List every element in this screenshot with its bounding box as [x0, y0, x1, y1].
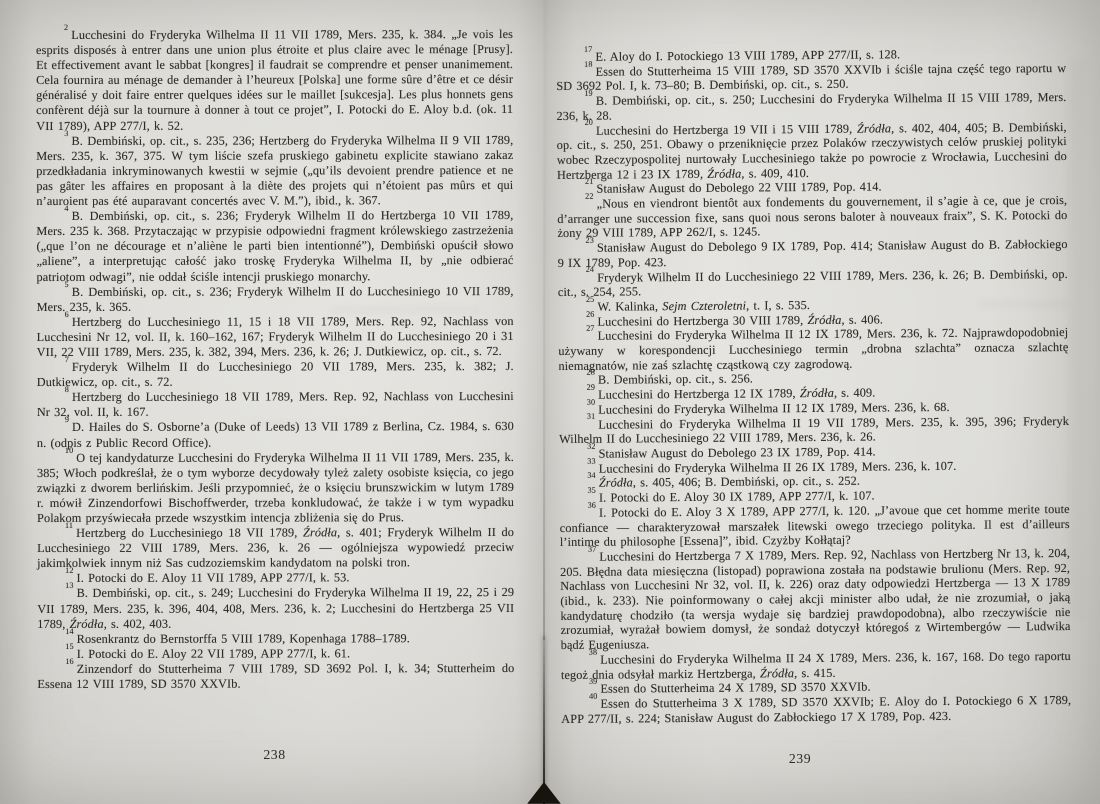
- footnote-text: B. Dembiński, op. cit., s. 236; Fryderyk…: [36, 208, 513, 283]
- cited-title: Źródła: [707, 166, 741, 180]
- footnote-text: , s. 409.: [834, 386, 876, 400]
- footnote-text: I. Potocki do E. Aloy 3 X 1789, APP 277/…: [560, 502, 1070, 549]
- footnote-number: 34: [587, 471, 595, 480]
- cited-title: Źródła: [760, 666, 794, 680]
- footnote-number: 30: [587, 397, 595, 406]
- footnote-text: I. Potocki do E. Aloy 11 VII 1789, APP 2…: [77, 571, 350, 586]
- footnote-number: 12: [65, 566, 73, 575]
- footnote-text: O tej kandydaturze Lucchesini do Frydery…: [37, 450, 514, 525]
- footnote-number: 19: [584, 89, 592, 98]
- footnote-number: 32: [587, 442, 595, 451]
- page-number: 238: [36, 747, 513, 763]
- footnote-number: 36: [588, 500, 596, 509]
- footnote-number: 22: [585, 192, 593, 201]
- footnote-number: 7: [65, 355, 69, 364]
- footnote-text: Lucchesini do Fryderyka Wilhelma II 19 V…: [559, 414, 1069, 447]
- footnote-number: 29: [587, 383, 595, 392]
- footnote-number: 37: [588, 545, 596, 554]
- footnote-text: B. Dembiński, op. cit., s. 235, 236; Her…: [36, 133, 513, 208]
- footnote-text: Rosenkrantz do Bernstorffa 5 VIII 1789, …: [77, 631, 410, 646]
- footnote-18: 18Essen do Stutterheima 15 VIII 1789, SD…: [556, 61, 1066, 94]
- footnote-text: Lucchesini do Fryderyka Wilhelma II 11 V…: [36, 27, 513, 133]
- footnote-38: 38Lucchesini do Fryderyka Wilhelma II 24…: [561, 649, 1071, 682]
- footnote-19: 19B. Dembiński, op. cit., s. 250; Lucche…: [556, 90, 1066, 123]
- cited-title: Źródła: [800, 386, 834, 400]
- footnote-number: 31: [587, 412, 595, 421]
- footnote-13: 13B. Dembiński, op. cit., s. 249; Lucche…: [37, 585, 514, 631]
- footnote-37: 37Lucchesini do Hertzberga 7 X 1789, Mer…: [560, 546, 1071, 653]
- footnote-text: Lucchesini do Fryderyka Wilhelma II 26 I…: [599, 459, 957, 476]
- right-page: 17E. Aloy do I. Potockiego 13 VIII 1789,…: [548, 0, 1100, 804]
- footnote-text: , s. 415.: [794, 665, 836, 679]
- footnote-40: 40Essen do Stutterheima 3 X 1789, SD 357…: [561, 693, 1071, 726]
- footnote-text: Lucchesini do Hertzberga 30 VIII 1789,: [597, 313, 807, 329]
- footnote-3: 3B. Dembiński, op. cit., s. 235, 236; He…: [36, 133, 513, 209]
- footnote-15: 15I. Potocki do E. Aloy 22 VII 1789, APP…: [37, 646, 514, 662]
- footnote-number: 4: [64, 204, 68, 213]
- footnote-4: 4B. Dembiński, op. cit., s. 236; Frydery…: [36, 208, 513, 284]
- footnote-text: Stanisław August do Debolego 23 IX 1789,…: [599, 444, 876, 460]
- footnote-text: Lucchesini do Hertzberga 12 IX 1789,: [598, 386, 800, 402]
- footnote-16: 16Zinzendorf do Stutterheima 7 VIII 1789…: [37, 661, 514, 692]
- footnote-6: 6Hertzberg do Lucchesiniego 11, 15 i 18 …: [37, 314, 514, 360]
- footnote-number: 38: [589, 647, 597, 656]
- footnote-number: 10: [65, 445, 73, 454]
- footnote-text: Lucchesini do Hertzberga 19 VII i 15 VII…: [596, 121, 857, 137]
- footnote-2: 2Lucchesini do Fryderyka Wilhelma II 11 …: [36, 27, 513, 134]
- footnote-text: B. Dembiński, op. cit., s. 236; Fryderyk…: [37, 284, 514, 314]
- footnote-number: 13: [65, 581, 73, 590]
- footnote-24: 24Fryderyk Wilhelm II do Lucchesiniego 2…: [558, 267, 1068, 300]
- footnote-23: 23Stanisław August do Debolego 9 IX 1789…: [558, 237, 1068, 270]
- cited-title: Źródła: [70, 617, 104, 631]
- footnote-10: 10O tej kandydaturze Lucchesini do Fryde…: [37, 450, 514, 526]
- cited-title: Źródła: [599, 476, 633, 490]
- footnote-text: Hertzberg do Lucchesiniego 18 VII 1789, …: [37, 389, 514, 419]
- footnote-number: 3: [64, 128, 68, 137]
- footnote-27: 27Lucchesini do Fryderyka Wilhelma II 12…: [558, 325, 1068, 373]
- cited-title: Źródła: [303, 525, 337, 539]
- footnote-text: , s. 406.: [841, 312, 883, 326]
- footnote-text: Essen do Stutterheima 3 X 1789, SD 3570 …: [561, 693, 1071, 726]
- footnote-number: 39: [589, 677, 597, 686]
- footnote-number: 20: [585, 118, 593, 127]
- right-page-footnotes: 17E. Aloy do I. Potockiego 13 VIII 1789,…: [556, 46, 1071, 726]
- footnote-text: Lucchesini do Fryderyka Wilhelma II 12 I…: [558, 325, 1068, 372]
- footnote-number: 5: [65, 279, 69, 288]
- footnote-text: Essen do Stutterheima 15 VIII 1789, SD 3…: [556, 61, 1066, 94]
- footnote-text: W. Kalinka,: [597, 299, 662, 314]
- footnote-number: 33: [587, 456, 595, 465]
- footnote-text: D. Hailes do S. Osborne’a (Duke of Leeds…: [37, 419, 514, 449]
- left-page-footnotes: 2Lucchesini do Fryderyka Wilhelma II 11 …: [36, 27, 514, 692]
- footnote-number: 18: [584, 59, 592, 68]
- footnote-text: Essen do Stutterheima 24 X 1789, SD 3570…: [600, 680, 870, 696]
- footnote-number: 24: [586, 265, 594, 274]
- footnote-number: 6: [65, 310, 69, 319]
- page-number: 239: [554, 751, 1046, 767]
- footnote-text: Hertzberg do Lucchesiniego 11, 15 i 18 V…: [37, 314, 514, 359]
- footnote-text: , s. 405, 406; B. Dembiński, op. cit., s…: [633, 474, 860, 490]
- footnote-8: 8Hertzberg do Lucchesiniego 18 VII 1789,…: [37, 389, 514, 420]
- footnote-text: I. Potocki do E. Aloy 22 VII 1789, APP 2…: [77, 646, 350, 661]
- footnote-number: 28: [586, 368, 594, 377]
- footnote-number: 21: [585, 177, 593, 186]
- footnote-text: B. Dembiński, op. cit., s. 250; Lucchesi…: [556, 90, 1066, 123]
- footnote-number: 11: [65, 521, 73, 530]
- footnote-7: 7Fryderyk Wilhelm II do Lucchesiniego 20…: [37, 359, 514, 390]
- footnote-number: 16: [65, 657, 73, 666]
- footnote-text: Fryderyk Wilhelm II do Lucchesiniego 22 …: [558, 267, 1068, 300]
- footnote-number: 23: [585, 236, 593, 245]
- footnote-text: Fryderyk Wilhelm II do Lucchesiniego 20 …: [37, 359, 514, 389]
- footnote-22: 22„Nous en viendront bientôt aux fondeme…: [557, 193, 1067, 241]
- footnote-text: B. Dembiński, op. cit., s. 256.: [598, 372, 753, 387]
- cited-title: Źródła: [857, 121, 891, 135]
- footnote-number: 35: [587, 486, 595, 495]
- cited-title: Sejm Czteroletni: [662, 298, 746, 313]
- footnote-36: 36I. Potocki do E. Aloy 3 X 1789, APP 27…: [560, 502, 1070, 550]
- footnote-text: E. Aloy do I. Potockiego 13 VIII 1789, A…: [595, 47, 900, 63]
- footnote-12: 12I. Potocki do E. Aloy 11 VII 1789, APP…: [37, 570, 514, 586]
- footnote-11: 11Hertzberg do Lucchesiniego 18 VII 1789…: [37, 525, 514, 571]
- footnote-20: 20Lucchesini do Hertzberga 19 VII i 15 V…: [557, 120, 1067, 183]
- footnote-text: „Nous en viendront bientôt aux fondement…: [557, 193, 1067, 240]
- footnote-9: 9D. Hailes do S. Osborne’a (Duke of Leed…: [37, 419, 514, 450]
- footnote-number: 26: [586, 309, 594, 318]
- footnote-text: Stanisław August do Debolego 22 VIII 178…: [596, 180, 881, 196]
- footnote-14: 14Rosenkrantz do Bernstorffa 5 VIII 1789…: [37, 631, 514, 647]
- footnote-number: 27: [586, 324, 594, 333]
- footnote-text: Zinzendorf do Stutterheima 7 VIII 1789, …: [37, 661, 514, 691]
- footnote-5: 5B. Dembiński, op. cit., s. 236; Frydery…: [37, 284, 514, 315]
- footnote-text: , s. 402, 403.: [104, 616, 172, 630]
- cited-title: Źródła: [807, 312, 841, 326]
- footnote-number: 15: [65, 642, 73, 651]
- footnote-number: 8: [65, 385, 69, 394]
- footnote-text: , t. I, s. 535.: [746, 298, 810, 313]
- footnote-text: Stanisław August do Debolego 9 IX 1789, …: [558, 237, 1068, 270]
- footnote-text: Lucchesini do Hertzberga 7 X 1789, Mers.…: [560, 546, 1071, 652]
- footnote-text: Hertzberg do Lucchesiniego 18 VII 1789,: [76, 526, 303, 540]
- footnote-text: , s. 409, 410.: [741, 166, 809, 181]
- footnote-number: 14: [65, 627, 73, 636]
- footnote-number: 2: [64, 23, 68, 32]
- footnote-number: 17: [584, 45, 592, 54]
- footnote-number: 40: [589, 692, 597, 701]
- footnote-number: 25: [586, 295, 594, 304]
- footnote-text: I. Potocki do E. Aloy 30 IX 1789, APP 27…: [599, 489, 875, 505]
- left-page: 2Lucchesini do Fryderyka Wilhelma II 11 …: [0, 0, 548, 804]
- book-spread: 2Lucchesini do Fryderyka Wilhelma II 11 …: [0, 0, 1100, 804]
- footnote-number: 9: [65, 415, 69, 424]
- scan-artifact: [1068, 60, 1084, 620]
- footnote-31: 31Lucchesini do Fryderyka Wilhelma II 19…: [559, 414, 1069, 447]
